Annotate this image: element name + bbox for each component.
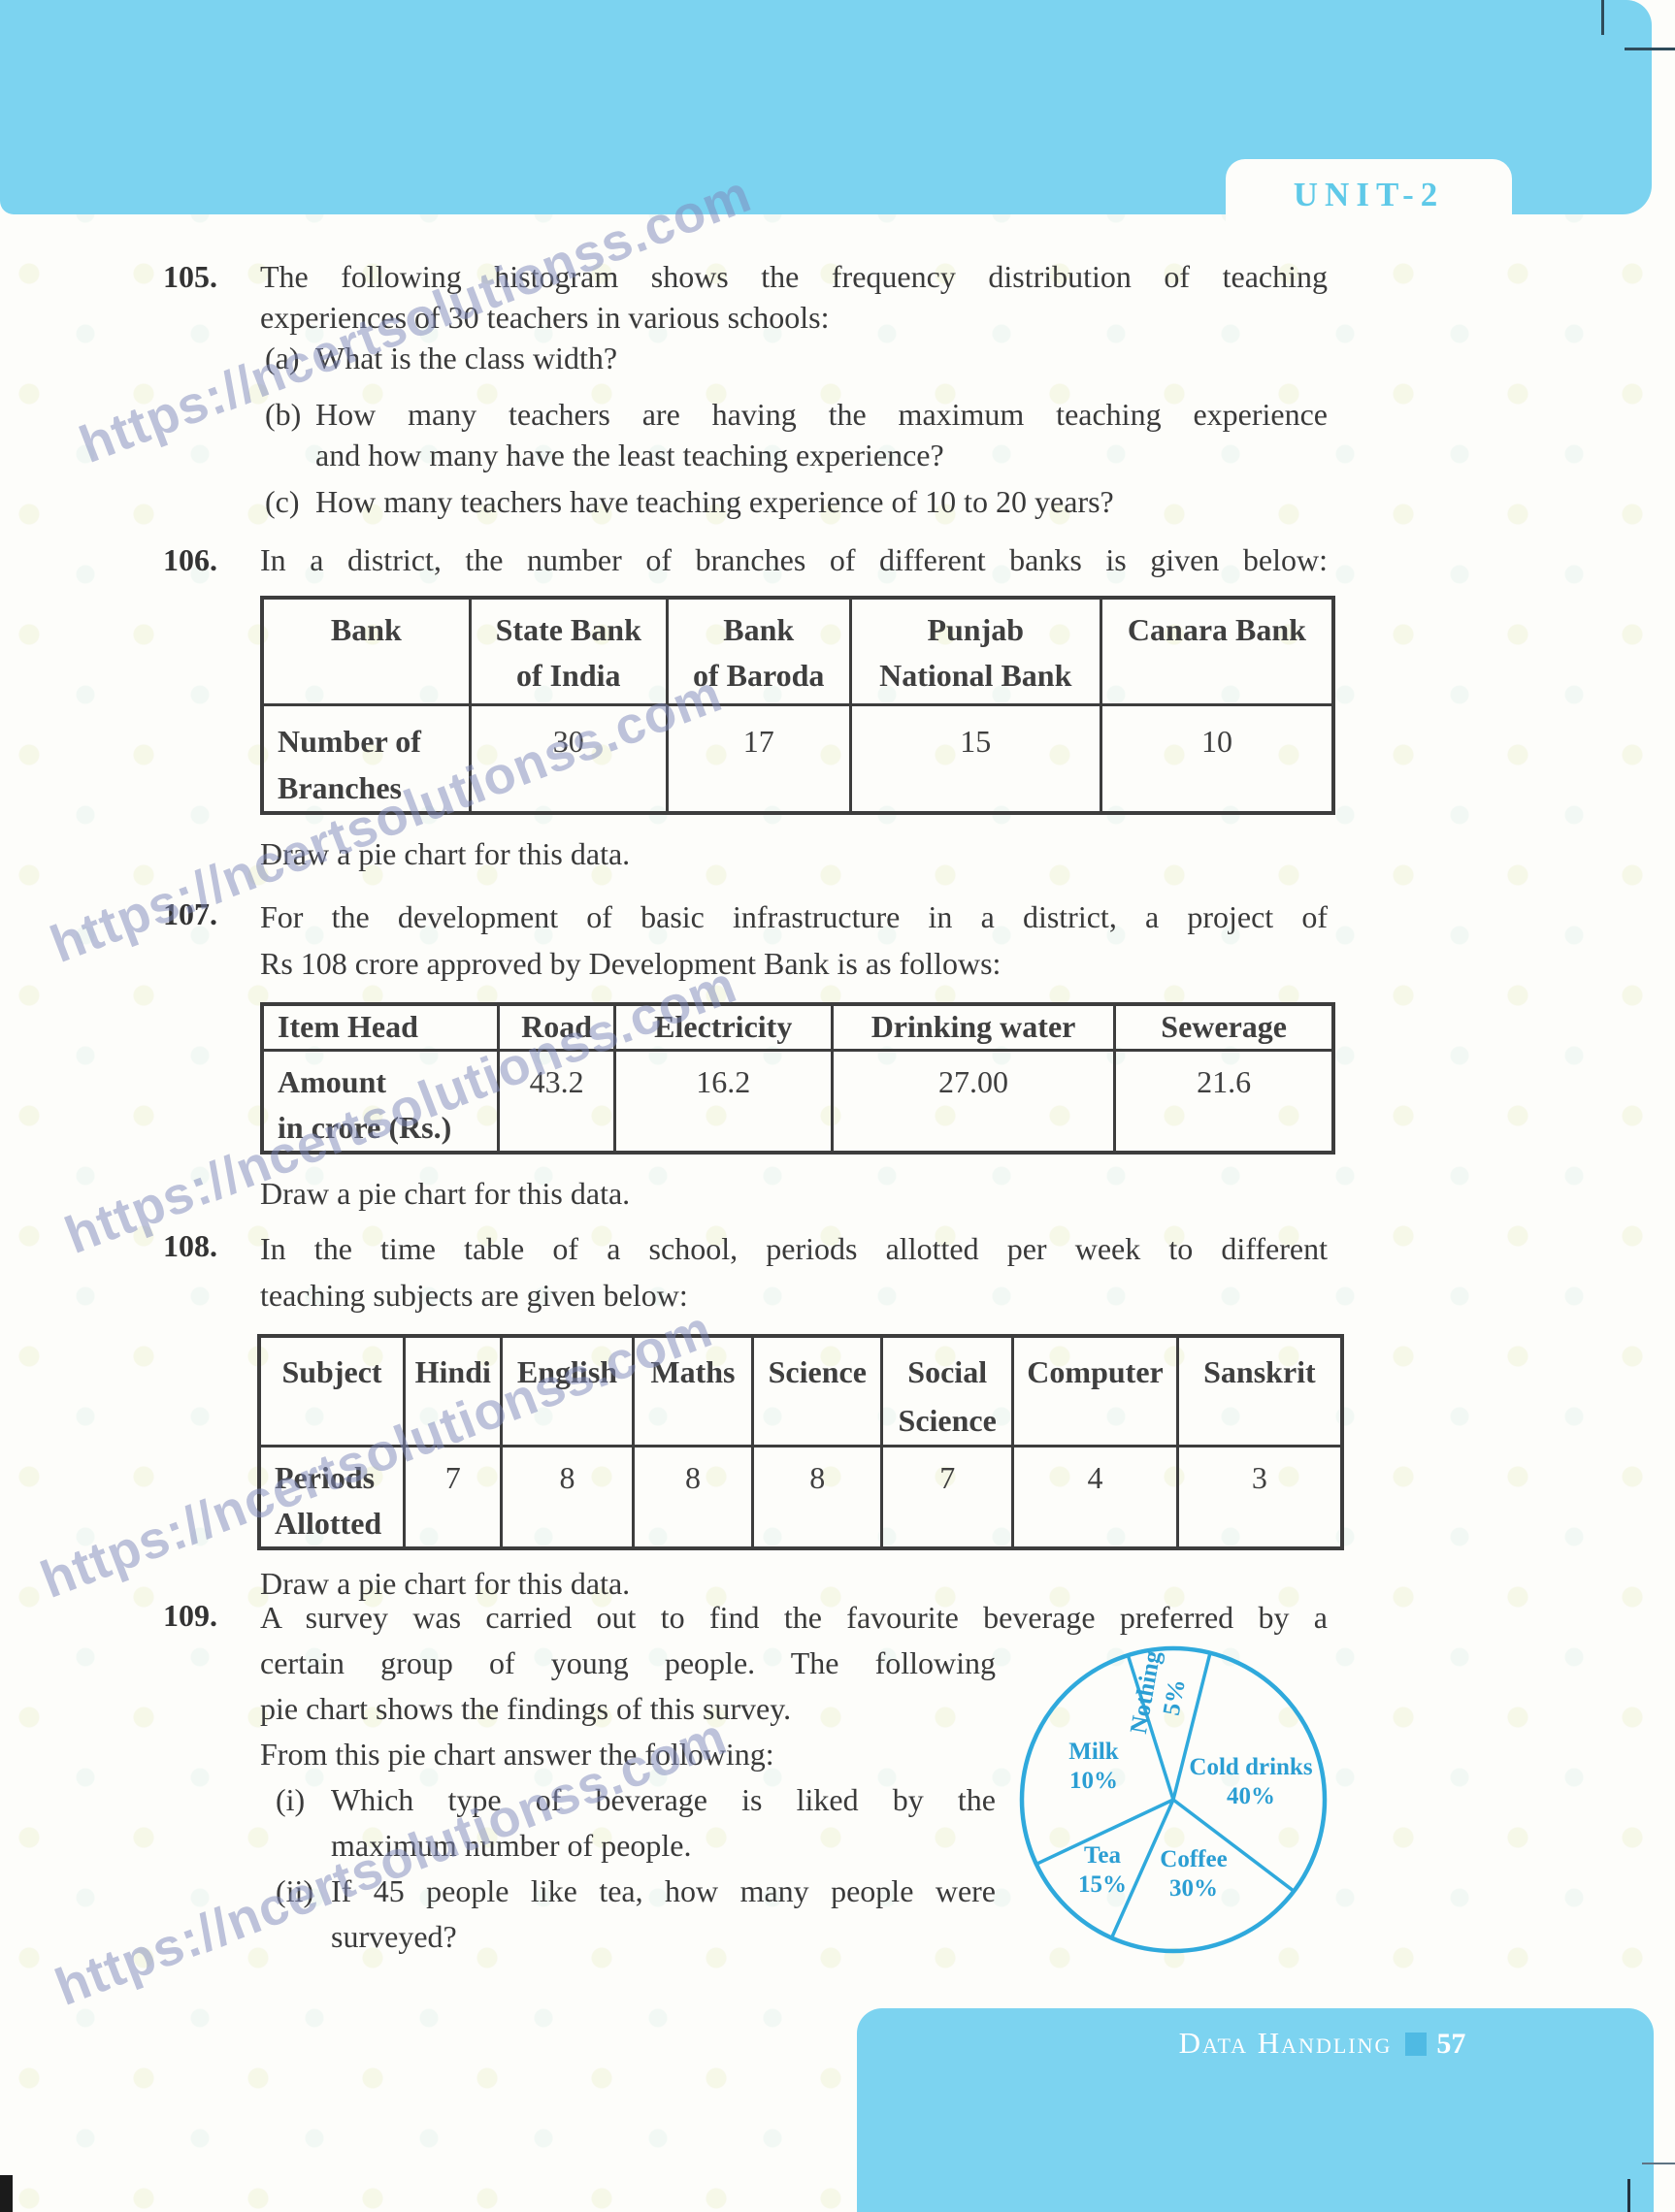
- question-number: 108.: [163, 1225, 260, 1605]
- sub-item-label: (c): [265, 481, 315, 522]
- table-cell-line: 27.00: [837, 1059, 1109, 1105]
- table-data-row: Number ofBranches30171510: [262, 704, 1333, 813]
- page-number: 57: [1436, 2028, 1465, 2060]
- table-value-cell: 8: [633, 1447, 753, 1549]
- table-cell-line: 7: [410, 1455, 496, 1501]
- q106-lines: In a district, the number of branches of…: [260, 539, 1328, 580]
- table-cell-line: Canara Bank: [1106, 607, 1328, 653]
- table-header-cell: Canara Bank: [1100, 598, 1333, 704]
- table-value-cell: 7: [882, 1447, 1013, 1549]
- scan-crop-mark: [1627, 2179, 1630, 2212]
- question-108: 108. In the time table of a school, peri…: [163, 1225, 1328, 1605]
- pie-label: Tea15%: [1078, 1841, 1127, 1900]
- pie-label-value: 15%: [1078, 1870, 1127, 1900]
- table-header-cell: SocialScience: [882, 1336, 1013, 1447]
- table-cell-line: 8: [639, 1455, 748, 1501]
- text-line: A survey was carried out to find the fav…: [260, 1595, 1328, 1641]
- table-cell-line: 8: [758, 1455, 876, 1501]
- table-cell-line: Electricity: [620, 1008, 827, 1046]
- table-header-cell: Bankof Baroda: [667, 598, 850, 704]
- table-cell-line: 17: [673, 718, 845, 764]
- scan-crop-mark: [1601, 0, 1604, 35]
- text-line: How many teachers have teaching experien…: [315, 481, 1328, 522]
- q105-subitems: (a)What is the class width?(b)How many t…: [260, 338, 1328, 522]
- text-line: Rs 108 crore approved by Development Ban…: [260, 940, 1328, 987]
- table-cell-line: Punjab: [856, 607, 1096, 653]
- q108-table: SubjectHindiEnglishMathsScienceSocialSci…: [260, 1334, 1328, 1550]
- table-header-cell: Bank: [262, 598, 470, 704]
- table-cell-line: English: [507, 1348, 627, 1396]
- text-line: and how many have the least teaching exp…: [315, 435, 1328, 475]
- table-value-cell: 27.00: [832, 1050, 1114, 1153]
- sub-item: (i)Which type of beverage is liked by th…: [276, 1777, 996, 1869]
- table-cell-line: Science: [758, 1348, 876, 1396]
- table-cell-line: Social: [887, 1348, 1007, 1396]
- pie-label: Cold drinks40%: [1189, 1753, 1312, 1811]
- table-header-cell: Science: [753, 1336, 882, 1447]
- table-value-cell: 10: [1100, 704, 1333, 813]
- sub-item-text: How many teachers have teaching experien…: [315, 481, 1328, 522]
- pie-label-value: 40%: [1189, 1782, 1312, 1811]
- table-cell-line: of India: [476, 653, 662, 699]
- q108-lines: In the time table of a school, periods a…: [260, 1225, 1328, 1318]
- table-header-cell: State Bankof India: [470, 598, 667, 704]
- sub-item-label: (a): [265, 338, 315, 378]
- table-data-row: PeriodsAllotted7888743: [259, 1447, 1342, 1549]
- table-header-cell: Item Head: [262, 1004, 499, 1050]
- table-header-cell: PunjabNational Bank: [850, 598, 1100, 704]
- sub-item-label: (i): [276, 1777, 331, 1869]
- draw-pie-note: Draw a pie chart for this data.: [260, 1172, 1328, 1215]
- question-number: 107.: [163, 894, 260, 1215]
- pie-label-name: Coffee: [1160, 1845, 1227, 1874]
- table-cell-line: Sewerage: [1120, 1008, 1328, 1046]
- table-cell-line: 4: [1018, 1455, 1172, 1501]
- pie-label-name: Cold drinks: [1189, 1753, 1312, 1782]
- table-row-label: Number ofBranches: [262, 704, 470, 813]
- table-row-label: PeriodsAllotted: [259, 1447, 405, 1549]
- text-line: What is the class width?: [315, 338, 1328, 378]
- pie-label-value: 10%: [1068, 1767, 1118, 1796]
- question-107: 107. For the development of basic infras…: [163, 894, 1328, 1215]
- question-105: 105. The following histogram shows the f…: [163, 256, 1328, 522]
- q107-lines: For the development of basic infrastruct…: [260, 894, 1328, 987]
- table-header-cell: Road: [499, 1004, 614, 1050]
- sub-item-text: What is the class width?: [315, 338, 1328, 378]
- pie-label-name: Tea: [1078, 1841, 1127, 1870]
- table-header-cell: Drinking water: [832, 1004, 1114, 1050]
- table-data-row: Amountin crore (Rs.)43.216.227.0021.6: [262, 1050, 1333, 1153]
- table-cell-line: 21.6: [1120, 1059, 1328, 1105]
- text-line: For the development of basic infrastruct…: [260, 894, 1328, 940]
- text-line: maximum number of people.: [331, 1823, 996, 1869]
- sub-item-label: (ii): [276, 1869, 331, 1960]
- text-line: Which type of beverage is liked by the: [331, 1777, 996, 1823]
- pie-label-name: Milk: [1068, 1738, 1118, 1767]
- q106-table: BankState Bankof IndiaBankof BarodaPunja…: [260, 596, 1328, 815]
- text-line: From this pie chart answer the following…: [260, 1732, 996, 1777]
- pie-chart: Nothing5%Cold drinks40%Coffee30%Tea15%Mi…: [1008, 1635, 1338, 1965]
- table-value-cell: 8: [502, 1447, 633, 1549]
- data-table-infrastructure-amounts: Item HeadRoadElectricityDrinking waterSe…: [260, 1002, 1335, 1155]
- sub-item: (a)What is the class width?: [265, 338, 1328, 378]
- draw-pie-note: Draw a pie chart for this data.: [260, 832, 1328, 875]
- table-header-cell: Sanskrit: [1177, 1336, 1342, 1447]
- table-value-cell: 30: [470, 704, 667, 813]
- table-header-row: Item HeadRoadElectricityDrinking waterSe…: [262, 1004, 1333, 1050]
- table-value-cell: 16.2: [614, 1050, 832, 1153]
- table-cell-line: Maths: [639, 1348, 748, 1396]
- text-line: experiences of 30 teachers in various sc…: [260, 297, 1328, 338]
- sub-item-label: (b): [265, 394, 315, 475]
- table-value-cell: 15: [850, 704, 1100, 813]
- pie-label: Coffee30%: [1160, 1845, 1227, 1903]
- q109-lines: A survey was carried out to find the fav…: [260, 1595, 996, 1777]
- table-value-cell: 3: [1177, 1447, 1342, 1549]
- text-line: pie chart shows the findings of this sur…: [260, 1686, 996, 1732]
- table-cell-line: Sanskrit: [1183, 1348, 1336, 1396]
- table-header-cell: Electricity: [614, 1004, 832, 1050]
- text-line: teaching subjects are given below:: [260, 1272, 1328, 1318]
- table-value-cell: 43.2: [499, 1050, 614, 1153]
- table-header-cell: English: [502, 1336, 633, 1447]
- table-header-cell: Hindi: [405, 1336, 502, 1447]
- sub-item-text: Which type of beverage is liked by thema…: [331, 1777, 996, 1869]
- table-cell-line: Road: [504, 1008, 608, 1046]
- question-number: 109.: [163, 1595, 260, 1960]
- table-cell-line: of Baroda: [673, 653, 845, 699]
- text-line: certain group of young people. The follo…: [260, 1641, 996, 1686]
- data-table-bank-branches: BankState Bankof IndiaBankof BarodaPunja…: [260, 596, 1335, 815]
- text-line: In a district, the number of branches of…: [260, 539, 1328, 580]
- sub-item-text: How many teachers are having the maximum…: [315, 394, 1328, 475]
- unit-badge: UNIT-2: [1226, 159, 1512, 231]
- text-line: In the time table of a school, periods a…: [260, 1225, 1328, 1272]
- table-cell-line: 3: [1183, 1455, 1336, 1501]
- pie-label-value: 30%: [1160, 1874, 1227, 1903]
- q107-table: Item HeadRoadElectricityDrinking waterSe…: [260, 1002, 1328, 1155]
- scan-artifact-corner: [0, 2175, 13, 2212]
- table-cell-line: 7: [887, 1455, 1007, 1501]
- text-line: If 45 people like tea, how many people w…: [331, 1869, 996, 1914]
- table-header-cell: Maths: [633, 1336, 753, 1447]
- table-header-row: SubjectHindiEnglishMathsScienceSocialSci…: [259, 1336, 1342, 1447]
- question-number: 106.: [163, 539, 260, 875]
- table-row-label: Amountin crore (Rs.): [262, 1050, 499, 1153]
- sub-item: (ii)If 45 people like tea, how many peop…: [276, 1869, 996, 1960]
- table-value-cell: 7: [405, 1447, 502, 1549]
- table-cell-line: Bank: [673, 607, 845, 653]
- table-cell-line: Computer: [1018, 1348, 1172, 1396]
- table-cell-line: Hindi: [410, 1348, 496, 1396]
- table-cell-line: National Bank: [856, 653, 1096, 699]
- table-cell-line: Subject: [265, 1348, 399, 1396]
- table-value-cell: 8: [753, 1447, 882, 1549]
- table-cell-line: 30: [476, 718, 662, 764]
- question-106: 106. In a district, the number of branch…: [163, 539, 1328, 875]
- table-value-cell: 21.6: [1115, 1050, 1333, 1153]
- table-cell-line: 10: [1106, 718, 1328, 764]
- text-line: The following histogram shows the freque…: [260, 256, 1328, 297]
- footer-square-icon: [1405, 2033, 1427, 2056]
- table-value-cell: 4: [1013, 1447, 1178, 1549]
- table-cell-line: in crore (Rs.): [278, 1105, 493, 1151]
- table-value-cell: 17: [667, 704, 850, 813]
- table-cell-line: 43.2: [504, 1059, 608, 1105]
- table-cell-line: 16.2: [620, 1059, 827, 1105]
- table-cell-line: Allotted: [275, 1501, 399, 1546]
- sub-item: (c)How many teachers have teaching exper…: [265, 481, 1328, 522]
- table-cell-line: Periods: [275, 1455, 399, 1501]
- sub-item: (b)How many teachers are having the maxi…: [265, 394, 1328, 475]
- table-cell-line: Number of: [278, 718, 465, 764]
- table-cell-line: Branches: [278, 764, 465, 811]
- table-cell-line: 15: [856, 718, 1096, 764]
- q109-subitems: (i)Which type of beverage is liked by th…: [260, 1777, 996, 1960]
- pie-label: Milk10%: [1068, 1738, 1118, 1796]
- table-cell-line: 8: [507, 1455, 627, 1501]
- chapter-title: Data Handling: [1179, 2026, 1393, 2060]
- scan-crop-mark: [1642, 2163, 1675, 2164]
- table-header-cell: Computer: [1013, 1336, 1178, 1447]
- text-line: surveyed?: [331, 1914, 996, 1960]
- footer-bar: Data Handling57: [857, 2008, 1654, 2212]
- table-cell-line: State Bank: [476, 607, 662, 653]
- table-cell-line: Drinking water: [837, 1008, 1109, 1046]
- table-cell-line: Science: [887, 1396, 1007, 1445]
- table-cell-line: Item Head: [278, 1008, 493, 1046]
- text-line: How many teachers are having the maximum…: [315, 394, 1328, 435]
- data-table-periods-allotted: SubjectHindiEnglishMathsScienceSocialSci…: [257, 1334, 1344, 1550]
- scan-crop-mark: [1625, 48, 1675, 50]
- footer-text: Data Handling57: [857, 2026, 1654, 2061]
- table-header-cell: Subject: [259, 1336, 405, 1447]
- sub-item-text: If 45 people like tea, how many people w…: [331, 1869, 996, 1960]
- table-header-row: BankState Bankof IndiaBankof BarodaPunja…: [262, 598, 1333, 704]
- question-number: 105.: [163, 256, 260, 522]
- table-cell-line: Amount: [278, 1059, 493, 1105]
- table-cell-line: Bank: [268, 607, 465, 653]
- table-header-cell: Sewerage: [1115, 1004, 1333, 1050]
- q105-lines: The following histogram shows the freque…: [260, 256, 1328, 338]
